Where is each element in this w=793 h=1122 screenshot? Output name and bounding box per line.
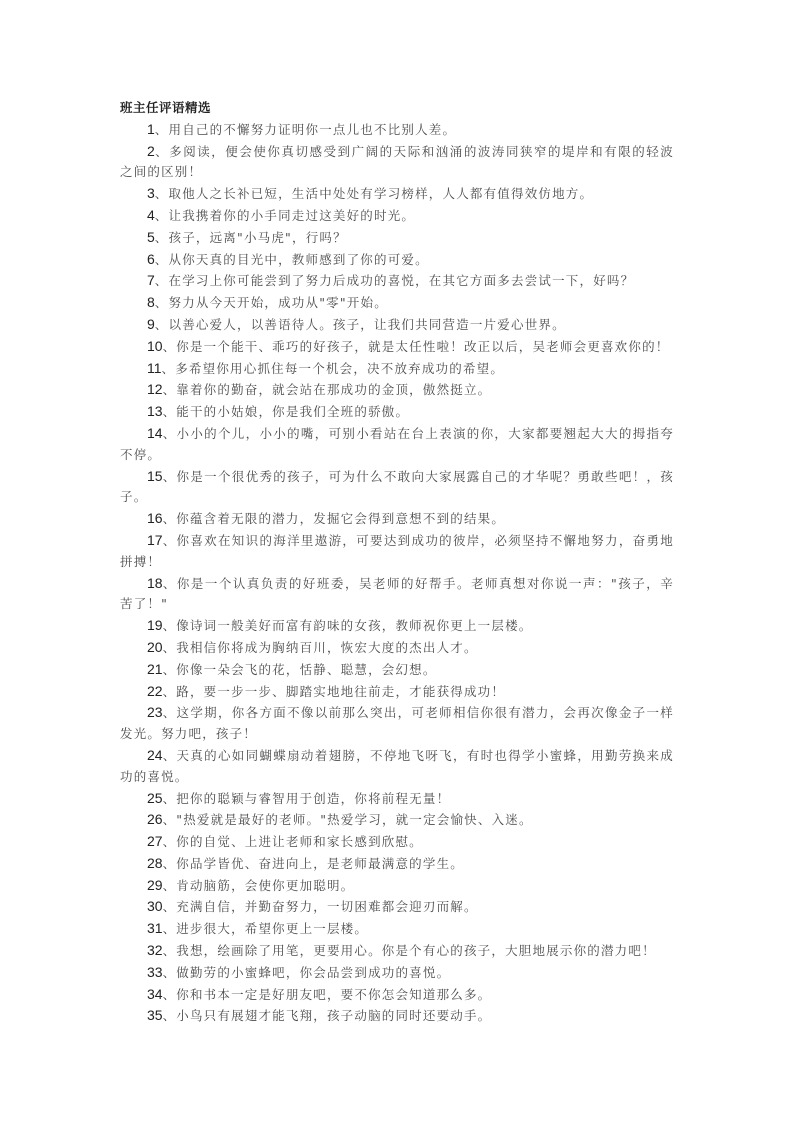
item-text: 、多阅读，便会使你真切感受到广阔的天际和汹涌的波涛同狭窄的堤岸和有限的轻波之间的… [120, 144, 674, 180]
item-number: 34 [147, 986, 163, 1002]
item-text: 、用自己的不懈努力证明你一点儿也不比别人差。 [155, 122, 456, 137]
item-number: 19 [147, 617, 163, 633]
item-text: 、像诗词一般美好而富有韵味的女孩，教师祝你更上一层楼。 [163, 618, 533, 633]
item-number: 13 [147, 403, 163, 419]
item-text: 、你的自觉、上进让老师和家长感到欣慰。 [163, 834, 423, 849]
comment-item: 23、这学期，你各方面不像以前那么突出，可老师相信你很有潜力，会再次像金子一样发… [120, 702, 674, 745]
item-text: 、这学期，你各方面不像以前那么突出，可老师相信你很有潜力，会再次像金子一样发光。… [120, 705, 674, 741]
comment-list: 1、用自己的不懈努力证明你一点儿也不比别人差。2、多阅读，便会使你真切感受到广阔… [120, 119, 674, 1027]
item-number: 30 [147, 898, 163, 914]
comment-item: 15、你是一个很优秀的孩子，可为什么不敢向大家展露自己的才华呢？勇敢些吧！，孩子… [120, 466, 674, 509]
item-text: 、做勤劳的小蜜蜂吧，你会品尝到成功的喜悦。 [163, 965, 451, 980]
item-text: 、天真的心如同蝴蝶扇动着翅膀，不停地飞呀飞，有时也得学小蜜蜂，用勤劳换来成功的喜… [120, 748, 674, 784]
comment-item: 9、以善心爱人，以善语待人。孩子，让我们共同营造一片爱心世界。 [120, 314, 674, 336]
comment-item: 2、多阅读，便会使你真切感受到广阔的天际和汹涌的波涛同狭窄的堤岸和有限的轻波之间… [120, 141, 674, 184]
item-text: 、努力从今天开始，成功从"零"开始。 [155, 295, 388, 310]
item-text: 、你蕴含着无限的潜力，发掘它会得到意想不到的结果。 [163, 511, 506, 526]
comment-item: 11、多希望你用心抓住每一个机会，决不放弃成功的希望。 [120, 358, 674, 380]
comment-item: 34、你和书本一定是好朋友吧，要不你怎会知道那么多。 [120, 984, 674, 1006]
item-text: 、路，要一步一步、脚踏实地地往前走，才能获得成功！ [163, 684, 506, 699]
item-number: 15 [147, 468, 163, 484]
item-text: 、肯动脑筋，会使你更加聪明。 [163, 878, 355, 893]
item-number: 20 [147, 639, 163, 655]
item-number: 8 [147, 294, 155, 310]
comment-item: 19、像诗词一般美好而富有韵味的女孩，教师祝你更上一层楼。 [120, 615, 674, 637]
comment-item: 5、孩子，远离"小马虎"，行吗？ [120, 227, 674, 249]
item-text: 、让我携着你的小手同走过这美好的时光。 [155, 208, 415, 223]
item-text: 、在学习上你可能尝到了努力后成功的喜悦，在其它方面多去尝试一下，好吗？ [155, 273, 635, 288]
comment-item: 20、我相信你将成为胸纳百川，恢宏大度的杰出人才。 [120, 637, 674, 659]
comment-item: 6、从你天真的目光中，教师感到了你的可爱。 [120, 249, 674, 271]
item-text: 、你喜欢在知识的海洋里遨游，可要达到成功的彼岸，必须坚持不懈地努力，奋勇地拼搏！ [120, 533, 674, 569]
item-number: 1 [147, 121, 155, 137]
comment-item: 17、你喜欢在知识的海洋里遨游，可要达到成功的彼岸，必须坚持不懈地努力，奋勇地拼… [120, 530, 674, 573]
item-number: 26 [147, 811, 163, 827]
item-text: 、靠着你的勤奋，就会站在那成功的金顶，傲然挺立。 [163, 382, 492, 397]
item-text: 、小鸟只有展翅才能飞翔，孩子动脑的同时还要动手。 [163, 1008, 492, 1023]
item-number: 5 [147, 229, 155, 245]
item-text: 、你是一个认真负责的好班委，吴老师的好帮手。老师真想对你说一声："孩子，辛苦了！… [120, 576, 674, 612]
comment-item: 18、你是一个认真负责的好班委，吴老师的好帮手。老师真想对你说一声："孩子，辛苦… [120, 573, 674, 616]
document-page: 班主任评语精选 1、用自己的不懈努力证明你一点儿也不比别人差。2、多阅读，便会使… [120, 98, 674, 1027]
item-text: 、多希望你用心抓住每一个机会，决不放弃成功的希望。 [162, 361, 505, 376]
comment-item: 25、把你的聪颖与睿智用于创造，你将前程无量！ [120, 788, 674, 810]
comment-item: 13、能干的小姑娘，你是我们全班的骄傲。 [120, 401, 674, 423]
item-text: 、以善心爱人，以善语待人。孩子，让我们共同营造一片爱心世界。 [155, 317, 566, 332]
item-number: 10 [147, 338, 163, 354]
item-text: 、你品学皆优、奋进向上，是老师最满意的学生。 [163, 856, 464, 871]
comment-item: 7、在学习上你可能尝到了努力后成功的喜悦，在其它方面多去尝试一下，好吗？ [120, 270, 674, 292]
comment-item: 16、你蕴含着无限的潜力，发掘它会得到意想不到的结果。 [120, 508, 674, 530]
comment-item: 28、你品学皆优、奋进向上，是老师最满意的学生。 [120, 853, 674, 875]
comment-item: 4、让我携着你的小手同走过这美好的时光。 [120, 205, 674, 227]
item-text: 、你像一朵会飞的花，恬静、聪慧，会幻想。 [163, 662, 437, 677]
item-number: 9 [147, 316, 155, 332]
comment-item: 26、"热爱就是最好的老师。"热爱学习，就一定会愉快、入迷。 [120, 809, 674, 831]
comment-item: 1、用自己的不懈努力证明你一点儿也不比别人差。 [120, 119, 674, 141]
comment-item: 24、天真的心如同蝴蝶扇动着翅膀，不停地飞呀飞，有时也得学小蜜蜂，用勤劳换来成功… [120, 745, 674, 788]
item-number: 3 [147, 185, 155, 201]
comment-item: 14、小小的个儿，小小的嘴，可别小看站在台上表演的你，大家都要翘起大大的拇指夸不… [120, 423, 674, 466]
item-number: 7 [147, 272, 155, 288]
item-number: 11 [147, 360, 162, 376]
item-text: 、从你天真的目光中，教师感到了你的可爱。 [155, 252, 429, 267]
item-text: 、小小的个儿，小小的嘴，可别小看站在台上表演的你，大家都要翘起大大的拇指夸不停。 [120, 426, 674, 462]
comment-item: 22、路，要一步一步、脚踏实地地往前走，才能获得成功！ [120, 681, 674, 703]
comment-item: 29、肯动脑筋，会使你更加聪明。 [120, 875, 674, 897]
item-text: 、我想，绘画除了用笔，更要用心。你是个有心的孩子，大胆地展示你的潜力吧！ [163, 943, 656, 958]
item-text: 、进步很大，希望你更上一层楼。 [163, 921, 369, 936]
item-text: 、你是一个很优秀的孩子，可为什么不敢向大家展露自己的才华呢？勇敢些吧！，孩子。 [120, 469, 674, 505]
comment-item: 35、小鸟只有展翅才能飞翔，孩子动脑的同时还要动手。 [120, 1005, 674, 1027]
item-number: 27 [147, 833, 163, 849]
item-text: 、取他人之长补已短，生活中处处有学习榜样，人人都有值得效仿地方。 [155, 186, 593, 201]
item-number: 4 [147, 207, 155, 223]
item-number: 28 [147, 855, 163, 871]
item-number: 14 [147, 425, 163, 441]
item-text: 、你和书本一定是好朋友吧，要不你怎会知道那么多。 [163, 987, 492, 1002]
comment-item: 27、你的自觉、上进让老师和家长感到欣慰。 [120, 831, 674, 853]
item-number: 12 [147, 381, 163, 397]
item-text: 、我相信你将成为胸纳百川，恢宏大度的杰出人才。 [163, 640, 478, 655]
item-number: 35 [147, 1007, 163, 1023]
item-text: 、充满自信，并勤奋努力，一切困难都会迎刃而解。 [163, 899, 478, 914]
item-text: 、把你的聪颖与睿智用于创造，你将前程无量！ [163, 791, 451, 806]
item-text: 、能干的小姑娘，你是我们全班的骄傲。 [163, 404, 410, 419]
item-number: 17 [147, 532, 163, 548]
comment-item: 12、靠着你的勤奋，就会站在那成功的金顶，傲然挺立。 [120, 379, 674, 401]
item-number: 2 [147, 143, 155, 159]
item-text: 、你是一个能干、乖巧的好孩子，就是太任性啦！改正以后，吴老师会更喜欢你的！ [163, 339, 670, 354]
item-number: 21 [147, 661, 163, 677]
item-text: 、孩子，远离"小马虎"，行吗？ [155, 230, 347, 245]
item-number: 6 [147, 251, 155, 267]
comment-item: 30、充满自信，并勤奋努力，一切困难都会迎刃而解。 [120, 896, 674, 918]
comment-item: 32、我想，绘画除了用笔，更要用心。你是个有心的孩子，大胆地展示你的潜力吧！ [120, 940, 674, 962]
comment-item: 10、你是一个能干、乖巧的好孩子，就是太任性啦！改正以后，吴老师会更喜欢你的！ [120, 336, 674, 358]
comment-item: 21、你像一朵会飞的花，恬静、聪慧，会幻想。 [120, 659, 674, 681]
item-number: 18 [147, 575, 163, 591]
item-number: 29 [147, 877, 163, 893]
comment-item: 33、做勤劳的小蜜蜂吧，你会品尝到成功的喜悦。 [120, 962, 674, 984]
item-number: 23 [147, 704, 163, 720]
document-title: 班主任评语精选 [120, 98, 674, 119]
item-number: 32 [147, 942, 163, 958]
item-number: 33 [147, 964, 163, 980]
item-number: 22 [147, 683, 163, 699]
item-text: 、"热爱就是最好的老师。"热爱学习，就一定会愉快、入迷。 [163, 812, 533, 827]
comment-item: 31、进步很大，希望你更上一层楼。 [120, 918, 674, 940]
item-number: 31 [147, 920, 163, 936]
item-number: 25 [147, 790, 163, 806]
comment-item: 8、努力从今天开始，成功从"零"开始。 [120, 292, 674, 314]
item-number: 24 [147, 747, 163, 763]
item-number: 16 [147, 510, 163, 526]
comment-item: 3、取他人之长补已短，生活中处处有学习榜样，人人都有值得效仿地方。 [120, 183, 674, 205]
